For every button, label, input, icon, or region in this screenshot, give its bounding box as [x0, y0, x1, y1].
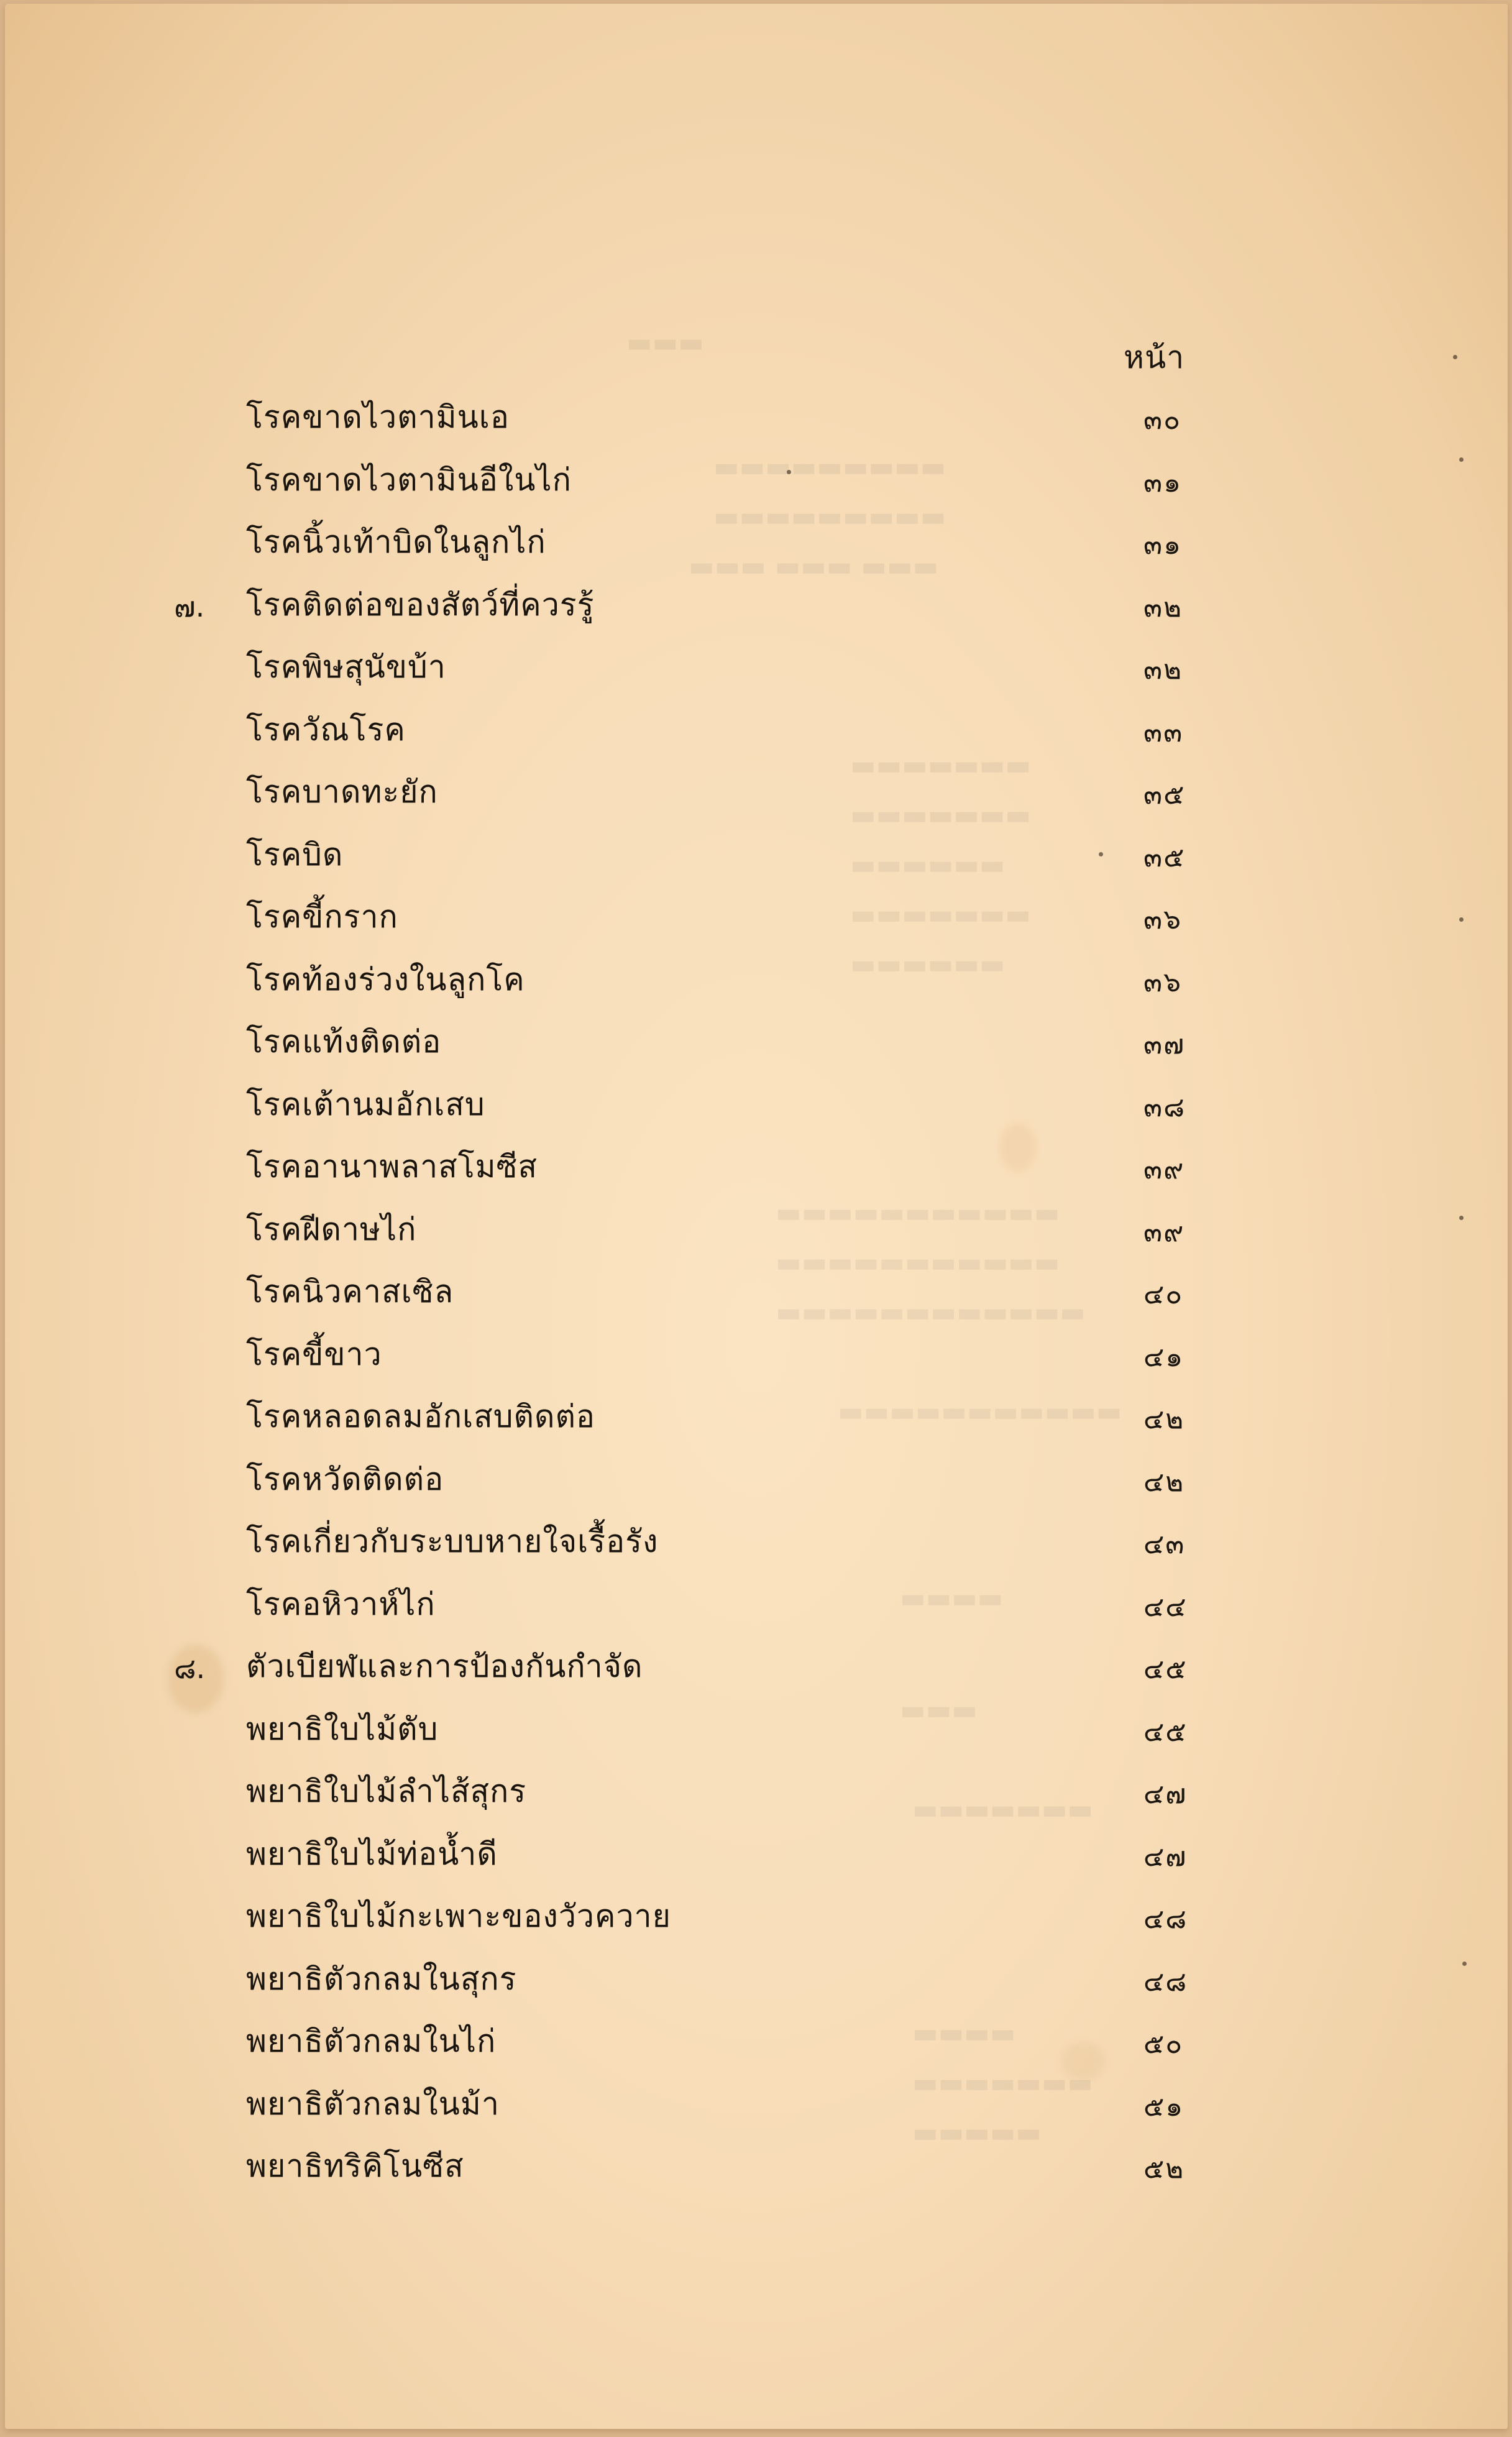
entry-title: พยาธิใบไม้ลำไส้สุกร	[246, 1767, 526, 1816]
toc-entry: โรคอหิวาห์ไก่๔๔	[5, 1577, 1508, 1633]
entry-title: โรคบาดทะยัก	[246, 768, 438, 817]
page-number: ๕๐	[1143, 2022, 1183, 2065]
toc-entry: โรควัณโรค๓๓	[5, 703, 1508, 759]
toc-entry: โรคบาดทะยัก๓๕	[5, 765, 1508, 821]
toc-entry: โรคขาดไวตามินอีในไก่๓๑	[5, 453, 1508, 509]
entry-title: โรคเกี่ยวกับระบบหายใจเรื้อรัง	[246, 1517, 658, 1566]
entry-title: โรคเต้านมอักเสบ	[246, 1080, 485, 1129]
toc-entry: โรคหลอดลมอักเสบติดต่อ๔๒	[5, 1390, 1508, 1446]
toc-entry: พยาธิใบไม้กะเพาะของวัวควาย๔๘	[5, 1889, 1508, 1945]
page-number: ๔๐	[1143, 1272, 1183, 1316]
page-number: ๓๕	[1143, 835, 1185, 879]
ink-speck	[1453, 355, 1457, 359]
entry-title: พยาธิทริคิโนซีส	[246, 2142, 464, 2191]
page-number: ๕๒	[1143, 2147, 1184, 2190]
page-number: ๔๕	[1143, 1647, 1188, 1691]
entry-title: โรคหวัดติดต่อ	[246, 1455, 444, 1504]
page-number: ๔๗	[1143, 1835, 1187, 1878]
page-number: ๓๗	[1143, 1022, 1185, 1066]
page-number: ๔๗	[1143, 1772, 1187, 1815]
page-number: ๓๕	[1143, 773, 1185, 816]
toc-entry: โรคท้องร่วงในลูกโค๓๖	[5, 953, 1508, 1009]
toc-entry: พยาธิใบไม้ท่อน้ำดี๔๗	[5, 1827, 1508, 1883]
page-number: ๓๙	[1143, 1210, 1184, 1254]
show-through-text: ▬▬▬	[626, 327, 704, 359]
document-page: ▬▬▬ ▬▬▬▬▬▬▬▬▬ ▬▬▬▬▬▬▬▬▬ ▬▬▬ ▬▬▬ ▬▬▬ ▬▬▬▬…	[5, 4, 1508, 2429]
entry-title: พยาธิใบไม้ตับ	[246, 1705, 438, 1754]
page-number: ๓๐	[1143, 398, 1181, 441]
page-number: ๓๘	[1143, 1085, 1186, 1129]
entry-title: โรคแท้งติดต่อ	[246, 1017, 441, 1067]
entry-title: โรคขาดไวตามินอีในไก่	[246, 456, 572, 505]
toc-entry: พยาธิตัวกลมในม้า๕๑	[5, 2077, 1508, 2133]
page-number: ๔๒	[1143, 1460, 1184, 1503]
toc-entry: โรคขี้ขาว๔๑	[5, 1328, 1508, 1384]
page-number: ๓๒	[1143, 585, 1183, 629]
toc-entry: โรคเกี่ยวกับระบบหายใจเรื้อรัง๔๓	[5, 1515, 1508, 1571]
page-number: ๓๙	[1143, 1147, 1184, 1191]
page-number: ๔๔	[1143, 1585, 1188, 1628]
entry-title: โรควัณโรค	[246, 705, 406, 755]
toc-entry: โรคแท้งติดต่อ๓๗	[5, 1015, 1508, 1071]
section-number: ๗.	[174, 584, 204, 630]
toc-entry: พยาธิใบไม้ตับ๔๕	[5, 1702, 1508, 1758]
page-number: ๔๓	[1143, 1522, 1185, 1566]
toc-entry: โรคเต้านมอักเสบ๓๘	[5, 1078, 1508, 1134]
section-number: ๘.	[174, 1646, 205, 1691]
entry-title: โรคพิษสุนัขบ้า	[246, 643, 446, 692]
page-number: ๓๖	[1143, 897, 1182, 941]
entry-title: โรคขี้กราก	[246, 893, 398, 942]
page-number: ๓๑	[1143, 523, 1182, 566]
toc-entry: พยาธิตัวกลมในไก่๕๐	[5, 2014, 1508, 2070]
entry-title: พยาธิตัวกลมในไก่	[246, 2017, 496, 2066]
entry-title: โรคท้องร่วงในลูกโค	[246, 955, 525, 1004]
toc-entry: โรคขาดไวตามินเอ๓๐	[5, 390, 1508, 446]
page-number: ๔๘	[1143, 1960, 1188, 2003]
toc-entry: โรคนิ้วเท้าบิดในลูกไก่๓๑	[5, 515, 1508, 571]
entry-title: พยาธิใบไม้ท่อน้ำดี	[246, 1830, 498, 1879]
toc-entry: พยาธิตัวกลมในสุกร๔๘	[5, 1952, 1508, 2008]
entry-title: โรคขี้ขาว	[246, 1330, 382, 1379]
entry-title: โรคติดต่อของสัตว์ที่ควรรู้	[246, 581, 594, 630]
toc-entry: โรคฝีดาษไก่๓๙	[5, 1203, 1508, 1259]
entry-title: โรคฝีดาษไก่	[246, 1205, 416, 1254]
toc-entry: พยาธิทริคิโนซีส๕๒	[5, 2139, 1508, 2195]
page-number: ๕๑	[1143, 2085, 1184, 2128]
toc-entry: ๗.โรคติดต่อของสัตว์ที่ควรรู้๓๒	[5, 578, 1508, 634]
page-number: ๔๒	[1143, 1397, 1184, 1441]
entry-title: โรคอหิวาห์ไก่	[246, 1580, 436, 1629]
page-number: ๓๖	[1143, 960, 1182, 1004]
toc-entry: โรคขี้กราก๓๖	[5, 890, 1508, 946]
entry-title: โรคหลอดลมอักเสบติดต่อ	[246, 1392, 595, 1441]
entry-title: โรคนิ้วเท้าบิดในลูกไก่	[246, 518, 546, 567]
entry-title: โรคขาดไวตามินเอ	[246, 393, 510, 442]
page-number: ๓๒	[1143, 648, 1183, 691]
toc-entry: โรคพิษสุนัขบ้า๓๒	[5, 640, 1508, 696]
entry-title: พยาธิใบไม้กะเพาะของวัวควาย	[246, 1892, 671, 1941]
page-number: ๔๑	[1143, 1335, 1184, 1379]
entry-title: พยาธิตัวกลมในม้า	[246, 2080, 500, 2129]
toc-entry: โรคหวัดติดต่อ๔๒	[5, 1453, 1508, 1508]
toc-entry: โรคบิด๓๕	[5, 828, 1508, 884]
page-column-header: หน้า	[1124, 333, 1184, 382]
page-number: ๔๕	[1143, 1710, 1188, 1753]
page-number: ๓๓	[1143, 710, 1183, 754]
entry-title: โรคบิด	[246, 830, 343, 879]
toc-entry: โรคนิวคาสเซิล๔๐	[5, 1265, 1508, 1321]
toc-entry: โรคอานาพลาสโมซีส๓๙	[5, 1140, 1508, 1196]
entry-title: ตัวเบียฬและการป้องกันกำจัด	[246, 1642, 643, 1691]
entry-title: โรคนิวคาสเซิล	[246, 1267, 454, 1316]
page-number: ๓๑	[1143, 461, 1182, 504]
entry-title: พยาธิตัวกลมในสุกร	[246, 1955, 517, 2004]
toc-entry: ๘.ตัวเบียฬและการป้องกันกำจัด๔๕	[5, 1640, 1508, 1696]
page-number: ๔๘	[1143, 1897, 1188, 1940]
toc-entry: พยาธิใบไม้ลำไส้สุกร๔๗	[5, 1765, 1508, 1820]
entry-title: โรคอานาพลาสโมซีส	[246, 1142, 538, 1191]
